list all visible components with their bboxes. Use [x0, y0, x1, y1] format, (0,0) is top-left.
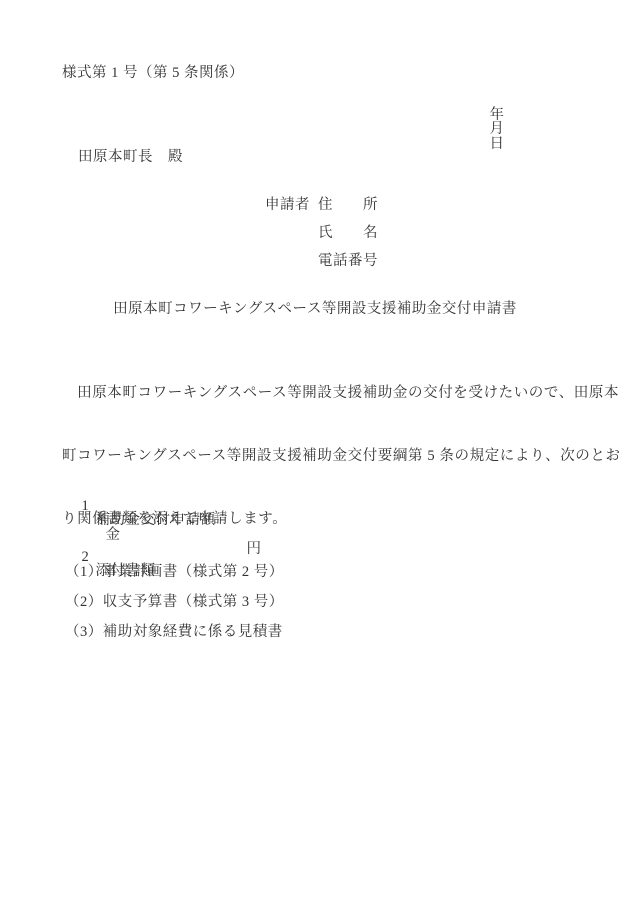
attachment-item-3: （3）補助対象経費に係る見積書 — [65, 625, 283, 640]
date-line: 年 月 日 — [473, 93, 541, 166]
addressee: 田原本町長 殿 — [78, 150, 183, 165]
applicant-label: 申請者 — [265, 198, 310, 213]
item1-number: 1 — [82, 498, 90, 514]
form-number: 様式第 1 号（第 5 条関係） — [62, 66, 244, 81]
document-title: 田原本町コワーキングスペース等開設支援補助金交付申請書 — [0, 302, 630, 317]
body-paragraph-line-2: 町コワーキングスペース等開設支援補助金交付要綱第 5 条の規定により、次のとお — [62, 439, 574, 473]
applicant-phone-label: 電話番号 — [318, 254, 378, 269]
applicant-address-label: 住 所 — [318, 198, 378, 213]
item1-amount-suffix: 円 — [247, 541, 262, 557]
body-paragraph-line-1: 田原本町コワーキングスペース等開設支援補助金の交付を受けたいので、田原本 — [62, 376, 574, 410]
applicant-name-label: 氏 名 — [318, 226, 378, 241]
attachment-item-2: （2）収支予算書（様式第 3 号） — [65, 595, 284, 610]
document-page: 様式第 1 号（第 5 条関係） 年 月 日 田原本町長 殿 申請者 住 所 氏… — [0, 0, 630, 903]
item1-label: 補助金交付申請額 — [96, 512, 216, 528]
item2-number: 2 — [82, 549, 90, 565]
date-day-label: 日 — [490, 136, 505, 152]
attachment-item-1: （1）事業計画書（様式第 2 号） — [65, 565, 284, 580]
